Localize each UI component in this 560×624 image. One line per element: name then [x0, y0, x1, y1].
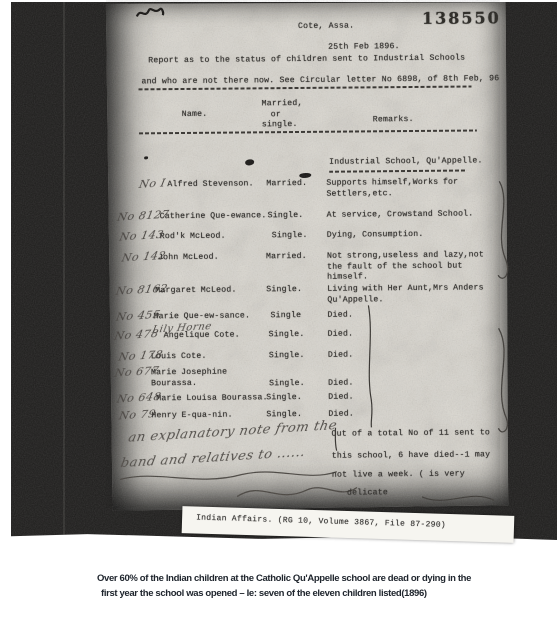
table-row: No I Alfred Stevenson. Married. Supports… [0, 177, 559, 182]
ink-blot [144, 156, 148, 159]
typed-note-line-4: delicate [347, 488, 388, 499]
row-status: Single. [266, 285, 302, 296]
row-status: Single. [269, 351, 305, 362]
row-status: Married. [266, 252, 307, 263]
row-remarks: Not strong,useless and lazy,not the faul… [327, 250, 489, 283]
row-remarks: Died. [328, 408, 490, 420]
section-title-underline [329, 170, 465, 173]
row-remarks: Supports himself,Works for Settlers,etc. [326, 177, 488, 199]
row-status: Married. [266, 179, 307, 190]
row-status: Single. [266, 393, 302, 404]
row-status: Single. [266, 410, 302, 421]
table-row: No 455 Marie Que-ew-sance. Single Died. [0, 309, 560, 314]
handwritten-flourish [112, 465, 362, 512]
rows-layer: No I Alfred Stevenson. Married. Supports… [0, 0, 558, 3]
table-row: No 677 Marie Josephine Bourassa. Single.… [1, 365, 560, 370]
typed-note-line-1: Out of a total No of 11 sent to [331, 428, 490, 440]
row-remarks: At service, Crowstand School. [327, 209, 489, 221]
table-row: No 8162 Margaret McLeod. Single. Living … [0, 283, 560, 288]
column-header-marital-1: Married, [262, 99, 303, 110]
table-row: No 8127 Catherine Que-ewance. Single. At… [0, 209, 560, 214]
column-header-marital-3: single. [262, 120, 298, 131]
column-header-remarks: Remarks. [373, 115, 414, 126]
handwritten-note-line-2: band and relatives to ...... [120, 447, 307, 469]
row-remarks: Died. [328, 349, 490, 361]
dashed-rule-header [139, 129, 477, 134]
row-status: Single. [268, 211, 304, 222]
stamp-number: 138550 [422, 8, 501, 28]
row-remarks: Died. [328, 377, 490, 389]
row-name: Marie Josephine Bourassa. [151, 367, 251, 389]
date-line: 25th Feb 1896. [328, 42, 400, 53]
subject-line-1: Report as to the status of children sent… [148, 54, 465, 67]
ink-blot [299, 173, 311, 178]
row-remarks: Died. [327, 309, 489, 321]
typed-note-line-2: this school, 6 have died--1 may [332, 450, 491, 462]
table-row: No 648 Marie Louisa Bourassa. Single. Di… [1, 391, 560, 396]
handwritten-scribble [136, 5, 166, 23]
table-row: No 79 Henry E-qua-nin. Single. Died. [1, 408, 560, 413]
row-remarks: Dying, Consumption. [327, 229, 489, 241]
row-remarks: Died. [328, 391, 490, 403]
row-number-handwritten: No 143 [119, 229, 165, 243]
row-remarks: Died. [328, 328, 490, 340]
row-status: Single [270, 311, 301, 322]
ink-blot [245, 159, 254, 165]
caption-line-1: Over 60% of the Indian children at the C… [97, 571, 471, 586]
archive-citation-text: Indian Affairs. (RG 10, Volume 3867, Fil… [196, 513, 446, 529]
row-status: Single. [269, 379, 305, 390]
table-row: No 478 Lily Horne Angelique Cote. Single… [1, 328, 560, 333]
row-status: Single. [272, 231, 308, 242]
table-row: No 178 Louis Cote. Single. Died. [1, 349, 560, 354]
section-title: Industrial School, Qu'Appelle. [329, 156, 482, 168]
table-row: No 142 John McLeod. Married. Not strong,… [0, 250, 560, 255]
typed-note-line-3: not live a week. ( is very [332, 470, 465, 482]
handwritten-note-line-1: an explanatory note from the [127, 420, 338, 444]
row-remarks: Living with Her Aunt,Mrs Anders Qu'Appel… [327, 283, 489, 305]
column-header-name: Name. [182, 110, 208, 121]
column-header-marital-2: or [271, 110, 281, 121]
caption: Over 60% of the Indian children at the C… [97, 571, 471, 601]
scanned-document-page: 138550 Cote, Assa. 25th Feb 1896. Report… [0, 0, 560, 624]
table-row: No 143 Rod'k McLeod. Single. Dying, Cons… [0, 229, 560, 234]
caption-line-2: first year the school was opened – Ie: s… [101, 586, 471, 601]
place-line: Cote, Assa. [298, 22, 354, 33]
row-number-handwritten: No I [138, 177, 166, 190]
row-status: Single. [269, 330, 305, 341]
